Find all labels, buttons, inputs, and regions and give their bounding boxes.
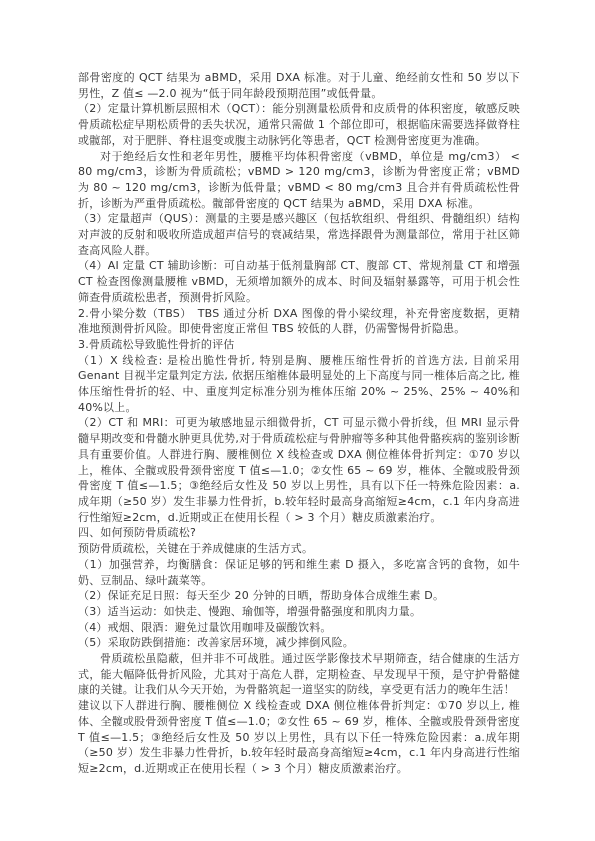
para-conclusion: 骨质疏松虽隐蔽，但并非不可战胜。通过医学影像技术早期筛查，结合健康的生活方式，能… xyxy=(78,651,520,698)
heading-prevention: 四、如何预防骨质疏松? xyxy=(78,525,520,541)
para-prevention-intro: 预防骨质疏松，关键在于养成健康的生活方式。 xyxy=(78,541,520,557)
para-sunlight: （2）保证充足日照：每天至少 20 分钟的日晒，帮助身体合成维生素 D。 xyxy=(78,588,520,604)
para-qct-abmd-continuation: 部骨密度的 QCT 结果为 aBMD，采用 DXA 标准。对于儿童、绝经前女性和… xyxy=(78,70,520,101)
para-fall-prevention: （5）采取防跌倒措施：改善家居环境，减少摔倒风险。 xyxy=(78,635,520,651)
para-ct-mri-exam: （2）CT 和 MRI：可更为敏感地显示细微骨折，CT 可显示微小骨折线，但 M… xyxy=(78,415,520,525)
para-exercise: （3）适当运动：如快走、慢跑、瑜伽等，增强骨骼强度和肌肉力量。 xyxy=(78,604,520,620)
para-nutrition: （1）加强营养，均衡膳食：保证足够的钙和维生素 D 摄入，多吃富含钙的食物，如牛… xyxy=(78,557,520,588)
para-qus-method: （3）定量超声（QUS）：测量的主要是感兴趣区（包括软组织、骨组织、骨髓组织）结… xyxy=(78,211,520,258)
para-qct-method: （2）定量计算机断层照相术（QCT）：能分别测量松质骨和皮质骨的体积密度，敏感反… xyxy=(78,101,520,148)
para-xray-exam: （1）X 线检查: 是检出脆性骨折, 特别是胸、腰椎压缩性骨折的首选方法, 目前… xyxy=(78,353,520,416)
para-tbs-score: 2.骨小梁分数（TBS） TBS 通过分析 DXA 图像的骨小梁纹理，补充骨密度… xyxy=(78,306,520,337)
heading-fragility-fracture-assessment: 3.骨质疏松导致脆性骨折的评估 xyxy=(78,337,520,353)
para-ai-qct-method: （4）AI 定量 CT 辅助诊断：可自动基于低剂量胸部 CT、腹部 CT、常规剂… xyxy=(78,258,520,305)
para-qct-diagnosis-criteria: 对于绝经后女性和老年男性，腰椎平均体积骨密度（vBMD，单位是 mg/cm3） … xyxy=(78,149,520,212)
para-screening-recommendation: 建议以下人群进行胸、腰椎侧位 X 线检查或 DXA 侧位椎体骨折判定：①70 岁… xyxy=(78,698,520,777)
document-page: 部骨密度的 QCT 结果为 aBMD，采用 DXA 标准。对于儿童、绝经前女性和… xyxy=(0,0,595,841)
para-quit-smoking-alcohol: （4）戒烟、限酒：避免过量饮用咖啡及碳酸饮料。 xyxy=(78,620,520,636)
document-content: 部骨密度的 QCT 结果为 aBMD，采用 DXA 标准。对于儿童、绝经前女性和… xyxy=(78,70,520,777)
